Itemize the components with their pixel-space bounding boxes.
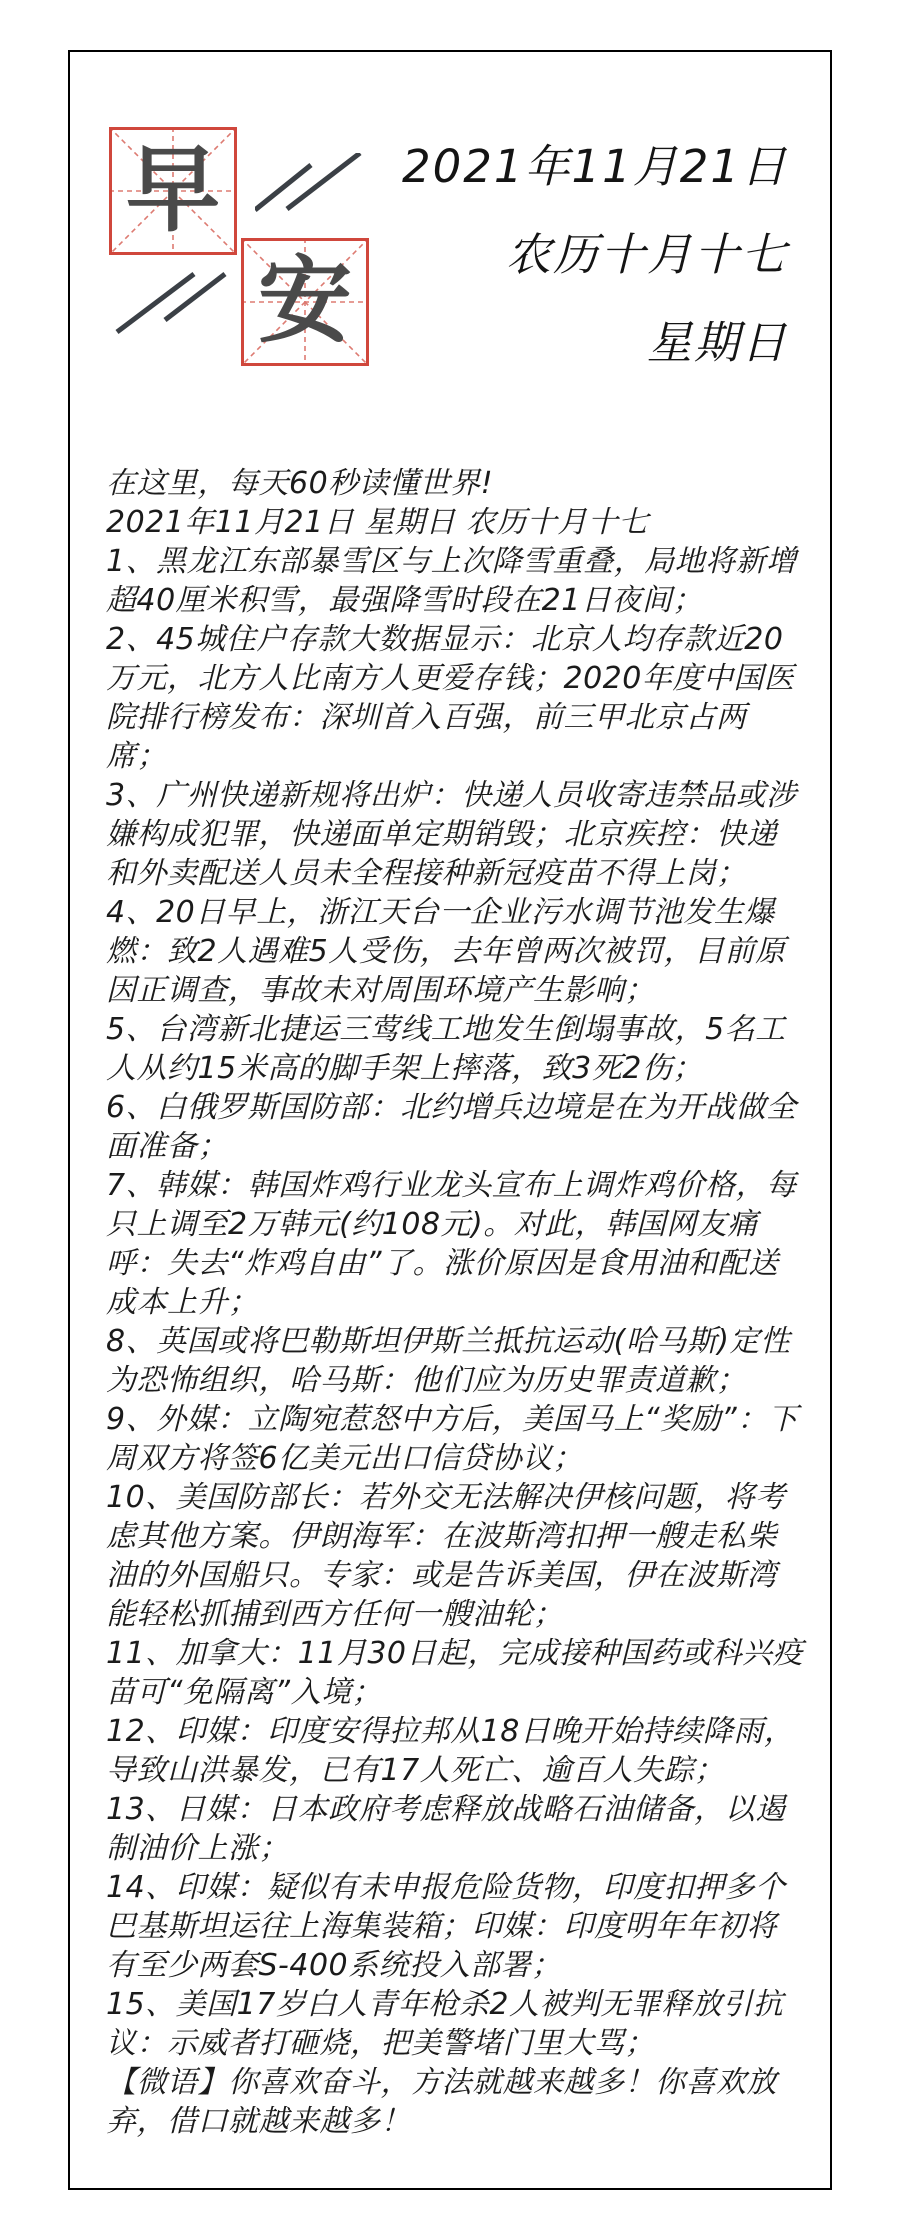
calligraphy-box-zao: 早 xyxy=(109,127,237,255)
news-item: 6、白俄罗斯国防部：北约增兵边境是在为开战做全面准备； xyxy=(106,1088,804,1166)
date-gregorian: 2021年11月21日 xyxy=(402,123,788,211)
news-item: 3、广州快递新规将出炉：快递人员收寄违禁品或涉嫌构成犯罪，快递面单定期销毁；北京… xyxy=(106,776,804,893)
news-item: 1、黑龙江东部暴雪区与上次降雪重叠，局地将新增超40厘米积雪，最强降雪时段在21… xyxy=(106,542,804,620)
intro-line: 在这里，每天60秒读懂世界! xyxy=(106,464,804,503)
double-slash-icon-top xyxy=(255,153,365,213)
news-item: 12、印媒：印度安得拉邦从18日晚开始持续降雨，导致山洪暴发，已有17人死亡、逾… xyxy=(106,1712,804,1790)
news-item: 7、韩媒：韩国炸鸡行业龙头宣布上调炸鸡价格，每只上调至2万韩元(约108元)。对… xyxy=(106,1166,804,1322)
news-item: 4、20日早上，浙江天台一企业污水调节池发生爆燃：致2人遇难5人受伤，去年曾两次… xyxy=(106,893,804,1010)
page-border: 早 安 2021年11月21日 农历十月十七 星期日 在这里，每天60秒读懂世界… xyxy=(68,50,832,2190)
news-body: 在这里，每天60秒读懂世界! 2021年11月21日 星期日 农历十月十七 1、… xyxy=(106,464,804,2141)
news-item: 5、台湾新北捷运三莺线工地发生倒塌事故，5名工人从约15米高的脚手架上摔落，致3… xyxy=(106,1010,804,1088)
calligraphy-box-an: 安 xyxy=(241,238,369,366)
date-weekday: 星期日 xyxy=(402,299,788,387)
news-item: 2、45城住户存款大数据显示：北京人均存款近20万元，北方人比南方人更爱存钱；2… xyxy=(106,620,804,776)
news-item: 9、外媒：立陶宛惹怒中方后，美国马上“奖励”：下周双方将签6亿美元出口信贷协议； xyxy=(106,1400,804,1478)
date-lunar: 农历十月十七 xyxy=(402,211,788,299)
morning-news-poster: { "brand": { "char1": "早", "char2": "安" … xyxy=(0,0,900,2240)
date-block: 2021年11月21日 农历十月十七 星期日 xyxy=(402,123,788,387)
date-heading: 2021年11月21日 星期日 农历十月十七 xyxy=(106,503,804,542)
news-item: 15、美国17岁白人青年枪杀2人被判无罪释放引抗议：示威者打砸烧，把美警堵门里大… xyxy=(106,1985,804,2063)
news-item: 11、加拿大：11月30日起，完成接种国药或科兴疫苗可“免隔离”入境； xyxy=(106,1634,804,1712)
news-item: 8、英国或将巴勒斯坦伊斯兰抵抗运动(哈马斯)定性为恐怖组织，哈马斯：他们应为历史… xyxy=(106,1322,804,1400)
double-slash-icon-bottom xyxy=(115,272,227,334)
weiyu-line: 【微语】你喜欢奋斗，方法就越来越多！你喜欢放弃，借口就越来越多！ xyxy=(106,2063,804,2141)
news-item: 10、美国防部长：若外交无法解决伊核问题，将考虑其他方案。伊朗海军：在波斯湾扣押… xyxy=(106,1478,804,1634)
zao-character: 早 xyxy=(109,127,237,255)
an-character: 安 xyxy=(241,238,369,366)
news-item: 14、印媒：疑似有未申报危险货物，印度扣押多个巴基斯坦运往上海集装箱；印媒：印度… xyxy=(106,1868,804,1985)
news-item: 13、日媒：日本政府考虑释放战略石油储备，以遏制油价上涨； xyxy=(106,1790,804,1868)
